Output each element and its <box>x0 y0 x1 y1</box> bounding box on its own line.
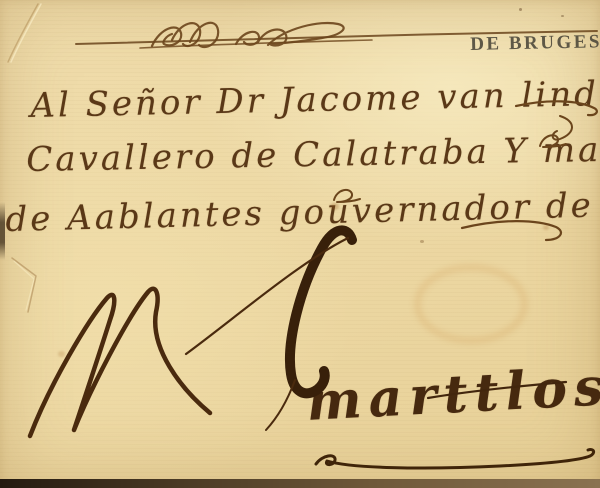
ink-overlay <box>0 0 600 488</box>
crease-left-middle-highlight <box>14 261 34 310</box>
linde-end-swash <box>516 101 597 115</box>
strike-line-long <box>76 31 597 44</box>
crease-top-left-highlight <box>11 4 41 62</box>
gouvernador-tilde <box>334 190 360 202</box>
line3-end-swash <box>462 221 561 240</box>
crease-top-left <box>8 4 38 62</box>
rate-mark-left-loops <box>30 289 210 436</box>
underline-flourish <box>316 450 594 468</box>
letter-cover-photo: Al Señor Dr Jacome van linde Cavallero d… <box>0 0 600 488</box>
marttlos-crossbar <box>428 382 566 398</box>
photo-bottom-edge <box>0 479 600 488</box>
photo-left-edge <box>0 202 5 260</box>
